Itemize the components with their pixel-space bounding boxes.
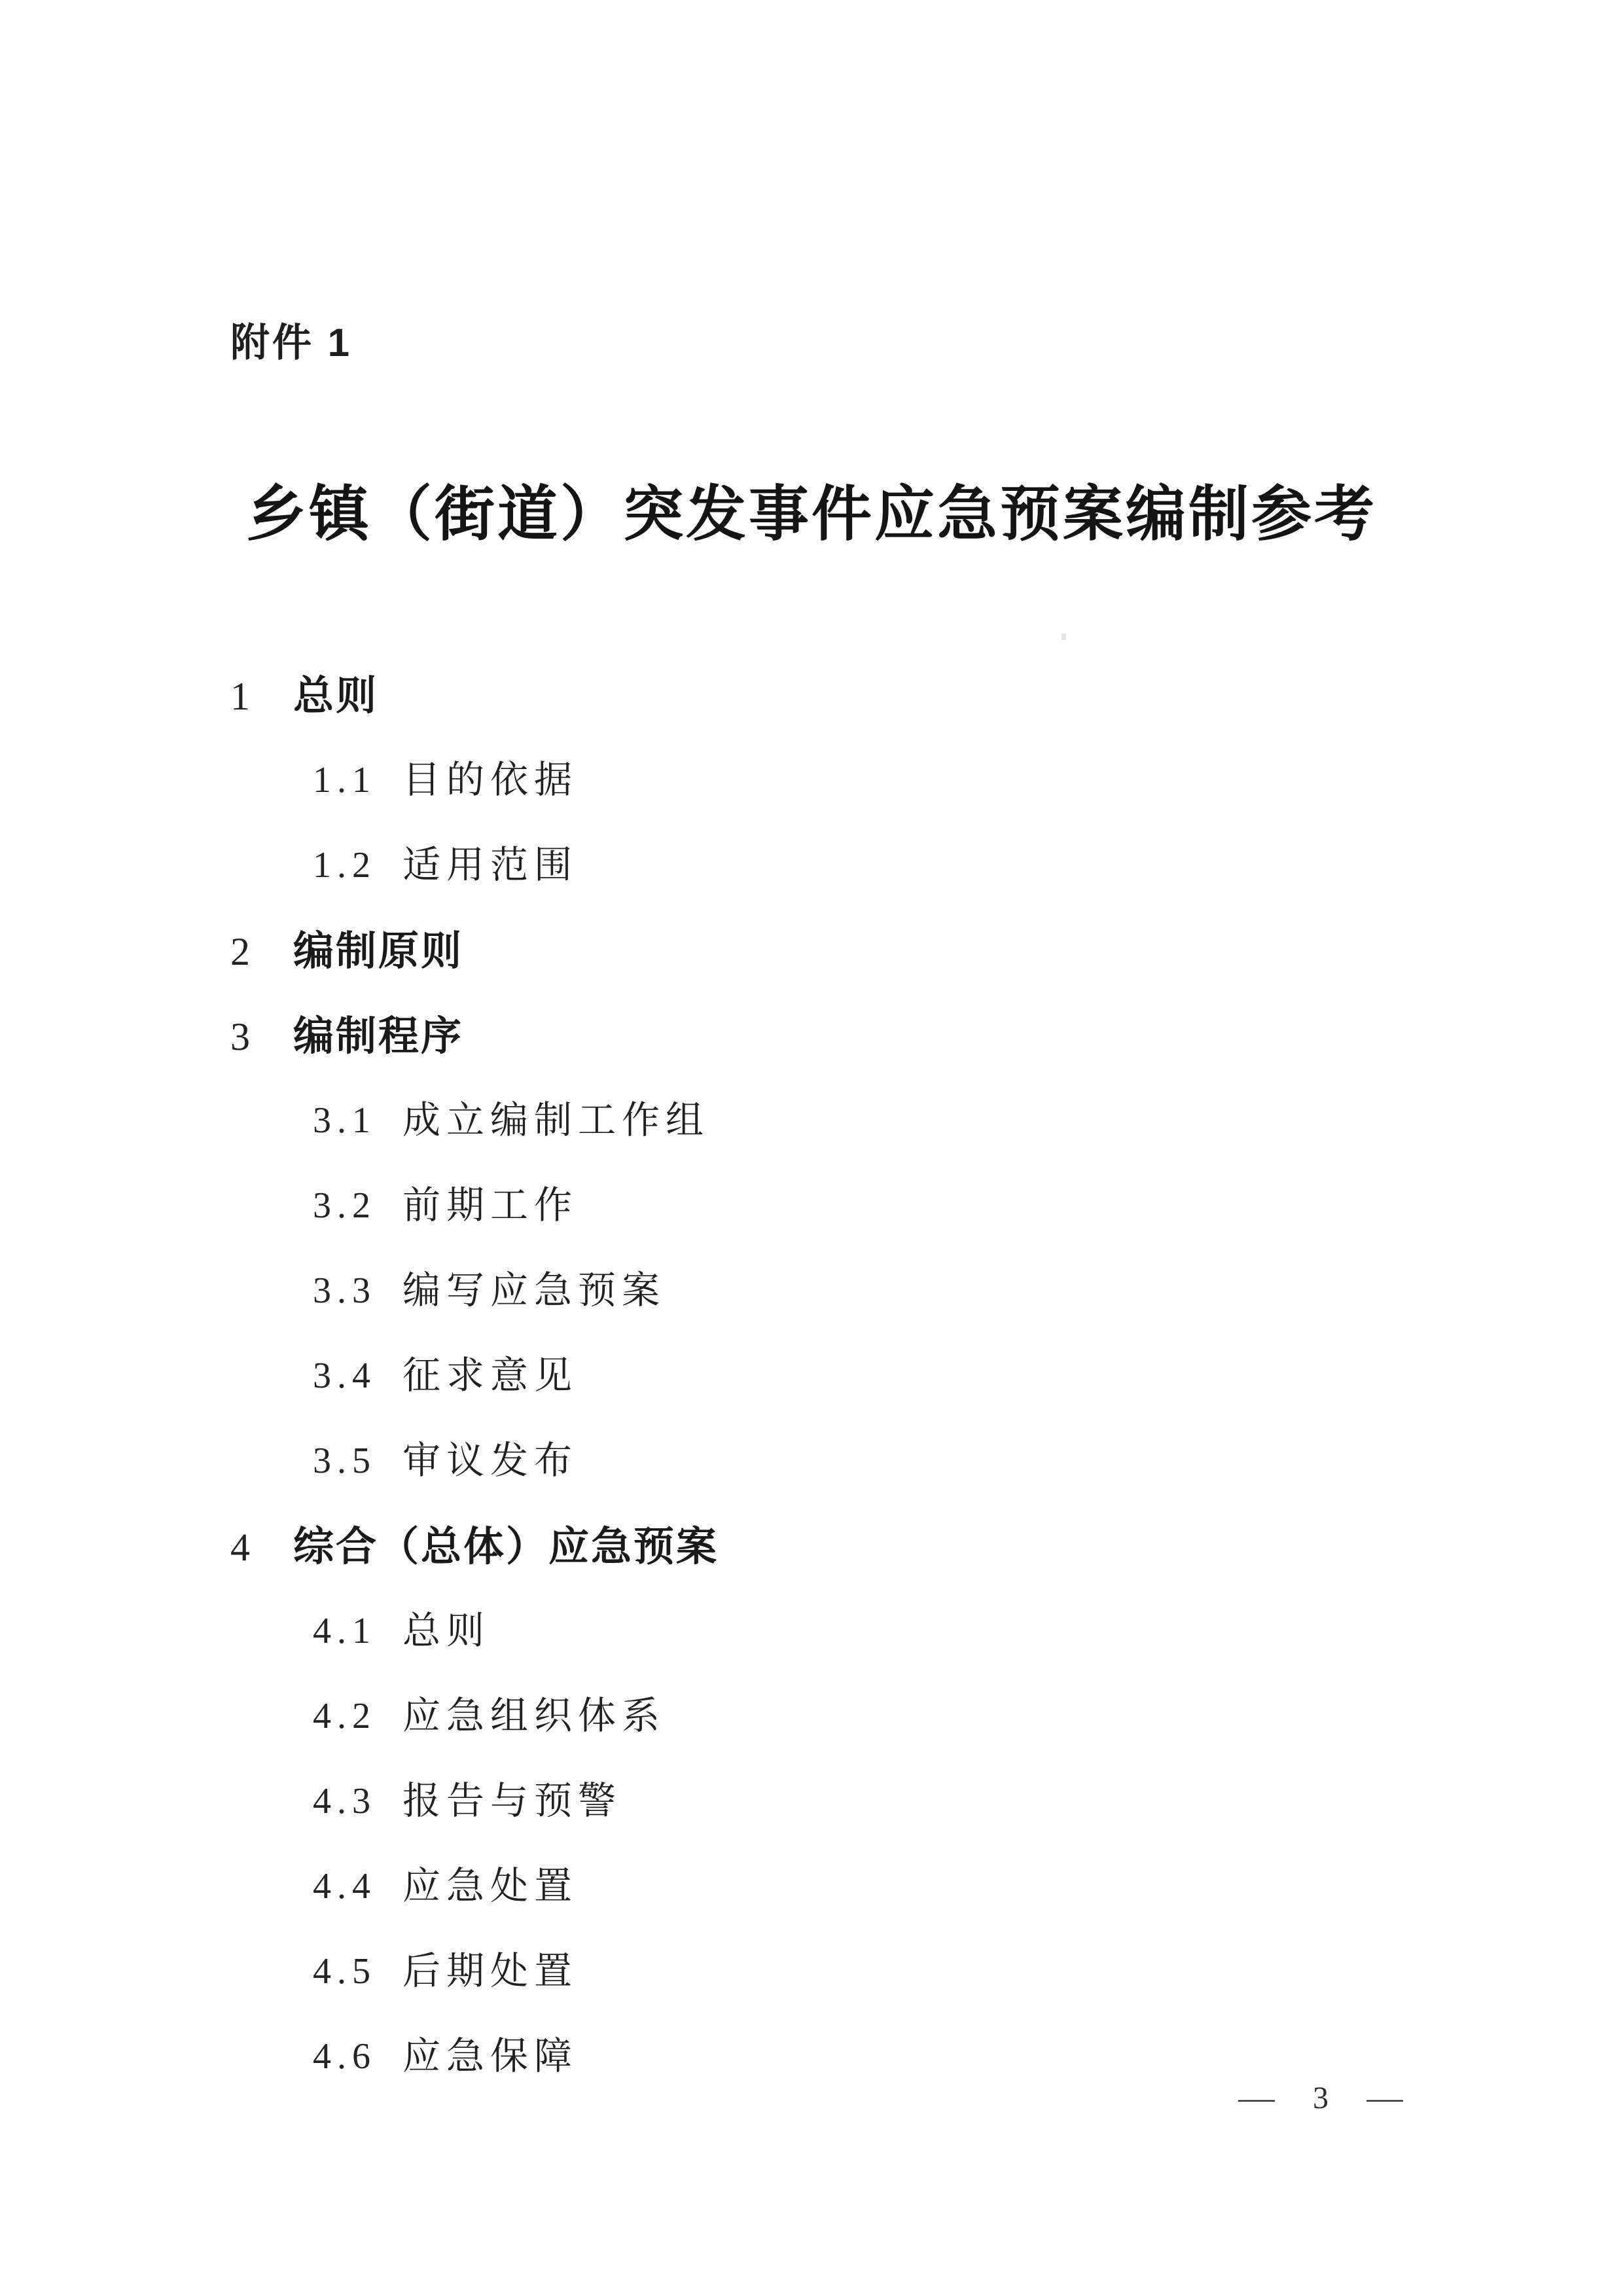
toc-item-label: 成立编制工作组 [402, 1100, 709, 1141]
toc-item: 4.3 报告与预警 [0, 1780, 1623, 1830]
toc-item-number: 4.5 [313, 1950, 376, 1992]
toc-item: 4 综合（总体）应急预案 [0, 1525, 1623, 1575]
toc-item-label: 后期处置 [402, 1950, 578, 1992]
toc-item-number: 3.2 [313, 1185, 376, 1227]
toc-item-label: 总则 [402, 1610, 490, 1652]
toc-item: 3.5 审议发布 [0, 1440, 1623, 1490]
toc-item-label: 综合（总体）应急预案 [293, 1525, 719, 1570]
toc-item: 3.2 前期工作 [0, 1185, 1623, 1234]
toc-item: 4.4 应急处置 [0, 1865, 1623, 1915]
toc-item-label: 编制程序 [293, 1014, 463, 1059]
toc-item-label: 编写应急预案 [402, 1270, 666, 1312]
page-number-dash-right: — [1366, 2080, 1402, 2117]
toc-item-label: 总则 [293, 674, 378, 719]
toc-item-number: 3.5 [313, 1440, 376, 1482]
toc-item-number: 1.2 [313, 844, 376, 886]
toc-item: 4.5 后期处置 [0, 1950, 1623, 2000]
toc-item-label: 编制原则 [293, 929, 463, 974]
toc-item: 3 编制程序 [0, 1014, 1623, 1064]
toc-item: 1 总则 [0, 674, 1623, 724]
toc-item-label: 适用范围 [402, 844, 578, 886]
toc-item: 4.6 应急保障 [0, 2036, 1623, 2085]
toc-item-number: 4 [230, 1525, 250, 1570]
toc-item-number: 3.1 [313, 1100, 376, 1141]
scan-speck [1061, 634, 1066, 640]
toc-item-number: 3.4 [313, 1355, 376, 1397]
toc-item-number: 4.1 [313, 1610, 376, 1652]
toc-item-number: 1.1 [313, 759, 376, 801]
toc-item-number: 4.4 [313, 1865, 376, 1907]
toc-item-number: 3 [230, 1014, 250, 1059]
toc-item-label: 应急组织体系 [402, 1695, 666, 1737]
toc-item: 3.4 征求意见 [0, 1355, 1623, 1405]
toc-item-label: 前期工作 [402, 1185, 578, 1227]
table-of-contents: 1 总则 1.1 目的依据 1.2 适用范围 2 编制原则 3 编制程序 3.1… [0, 0, 1623, 2296]
toc-item-number: 1 [230, 674, 250, 719]
document-page: 附件 1 乡镇（街道）突发事件应急预案编制参考 1 总则 1.1 目的依据 1.… [0, 0, 1623, 2296]
page-number-dash-left: — [1238, 2080, 1274, 2117]
toc-item: 4.2 应急组织体系 [0, 1695, 1623, 1745]
toc-item-label: 征求意见 [402, 1355, 578, 1397]
toc-item-label: 应急保障 [402, 2036, 578, 2077]
toc-item-label: 报告与预警 [402, 1780, 622, 1822]
toc-item-label: 审议发布 [402, 1440, 578, 1482]
toc-item: 3.3 编写应急预案 [0, 1270, 1623, 1319]
toc-item: 1.1 目的依据 [0, 759, 1623, 809]
toc-item-label: 目的依据 [402, 759, 578, 801]
toc-item-number: 2 [230, 929, 250, 974]
toc-item: 2 编制原则 [0, 929, 1623, 979]
toc-item-number: 4.3 [313, 1780, 376, 1822]
page-number-value: 3 [1313, 2080, 1329, 2117]
toc-item: 4.1 总则 [0, 1610, 1623, 1660]
toc-item: 1.2 适用范围 [0, 844, 1623, 894]
toc-item-number: 4.2 [313, 1695, 376, 1737]
toc-item-number: 4.6 [313, 2036, 376, 2077]
toc-item: 3.1 成立编制工作组 [0, 1100, 1623, 1149]
toc-item-label: 应急处置 [402, 1865, 578, 1907]
toc-item-number: 3.3 [313, 1270, 376, 1312]
page-number: — 3 — [1241, 2080, 1400, 2117]
